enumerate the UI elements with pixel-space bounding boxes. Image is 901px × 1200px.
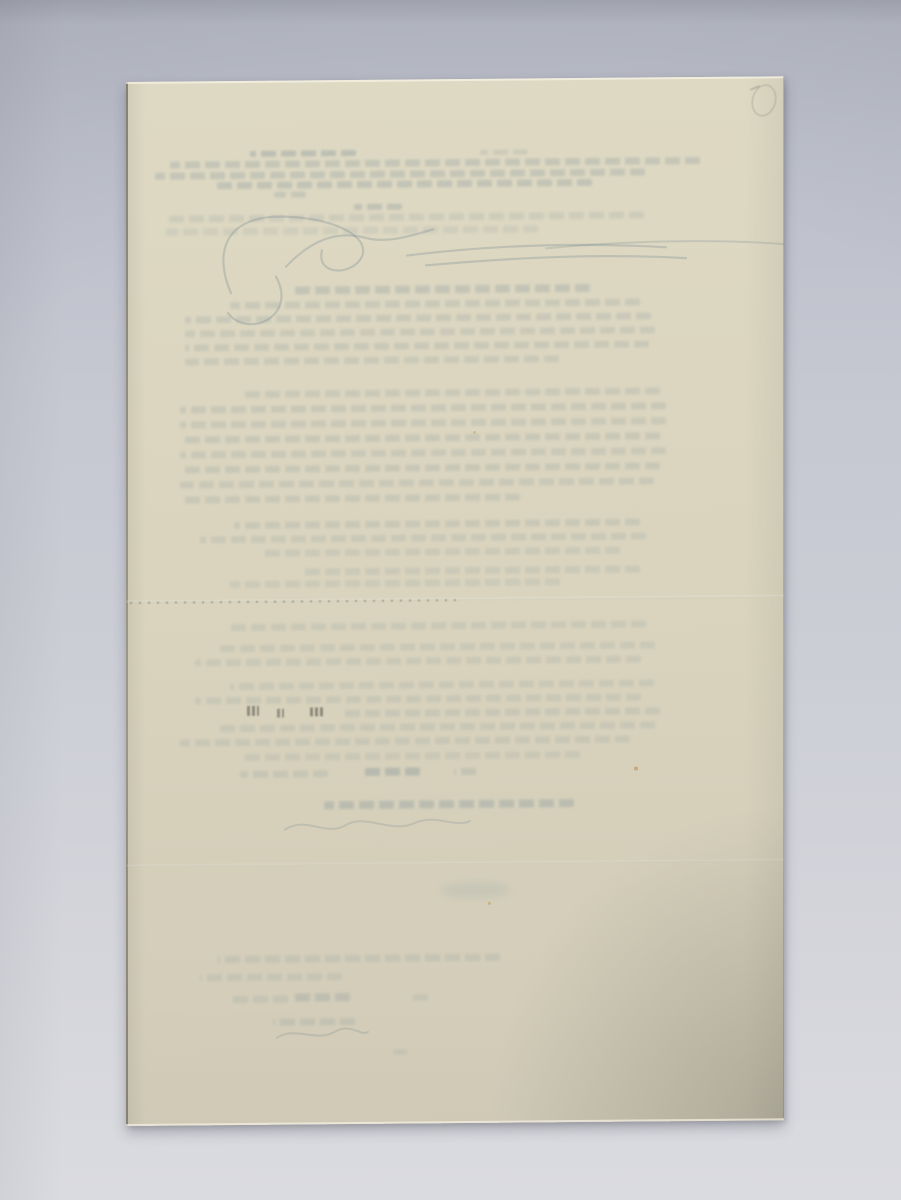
ghost-text-line <box>200 532 646 543</box>
ghost-text-line <box>230 299 640 310</box>
ghost-text-line <box>240 751 580 761</box>
ghost-text-line <box>195 656 641 667</box>
ghost-text-line <box>180 494 520 504</box>
stamp-digit-mark <box>277 709 284 718</box>
ghost-text-line <box>185 340 649 351</box>
ghost-text-line <box>230 996 288 1004</box>
ghost-text-line <box>410 994 428 1000</box>
ghost-text-line <box>166 211 644 222</box>
ghost-text-line <box>230 578 560 588</box>
ghost-text-line <box>250 150 356 157</box>
ghost-text-line <box>480 149 528 154</box>
ghost-text-line <box>180 477 654 488</box>
ghost-text-line <box>364 767 420 775</box>
dust-speck <box>634 767 638 771</box>
document-back-sheet <box>126 76 784 1126</box>
ghost-text-line <box>180 432 660 443</box>
ghost-text-line <box>393 1050 407 1055</box>
ghost-text-line <box>155 168 645 179</box>
ghost-text-line <box>234 519 640 530</box>
ghost-text-line <box>454 768 476 775</box>
ghost-text-line <box>354 204 402 210</box>
ghost-text-line <box>273 1018 355 1026</box>
ghost-text-line <box>290 284 590 295</box>
ghost-text-line <box>166 225 538 235</box>
ghost-text-line <box>185 326 655 337</box>
stamp-digit-mark <box>247 706 259 716</box>
ghost-text-line <box>180 736 630 747</box>
ghost-text-line <box>240 770 328 778</box>
photo-canvas: { "scene": { "subject": "Reverse blank s… <box>0 0 901 1200</box>
ghost-text-line <box>340 707 660 717</box>
ghost-text-line <box>260 547 620 557</box>
dust-speck <box>473 431 476 434</box>
pencil-loop-mark <box>748 82 779 119</box>
ghost-text-line <box>215 641 655 652</box>
ghost-text-line <box>240 387 660 398</box>
ghost-text-line <box>170 157 700 169</box>
dust-speck <box>488 902 491 905</box>
ghost-text-line <box>324 799 574 809</box>
ghost-text-line <box>218 954 500 963</box>
ghost-text-line <box>230 679 654 690</box>
ghost-text-line <box>180 447 666 458</box>
stamp-digit-mark <box>310 707 324 716</box>
ghost-text-line <box>200 973 342 981</box>
ghost-text-line <box>185 312 651 323</box>
ghost-text-line <box>185 355 559 365</box>
ghost-text-line <box>300 566 640 576</box>
ink-smudge <box>440 882 510 899</box>
fold-crease-highlight <box>126 859 784 867</box>
ghost-text-line <box>180 402 666 413</box>
ghost-text-line <box>290 993 350 1002</box>
ghost-text-line <box>230 620 646 631</box>
fold-crease-lower <box>126 859 784 869</box>
ghost-text-line <box>215 721 655 732</box>
ghost-text-line <box>180 417 666 428</box>
fold-crease-upper <box>126 595 784 605</box>
ghost-text-line <box>274 191 306 197</box>
ghost-text-line <box>214 179 592 189</box>
ghost-text-line <box>180 462 660 473</box>
ghost-text-line <box>195 694 641 705</box>
